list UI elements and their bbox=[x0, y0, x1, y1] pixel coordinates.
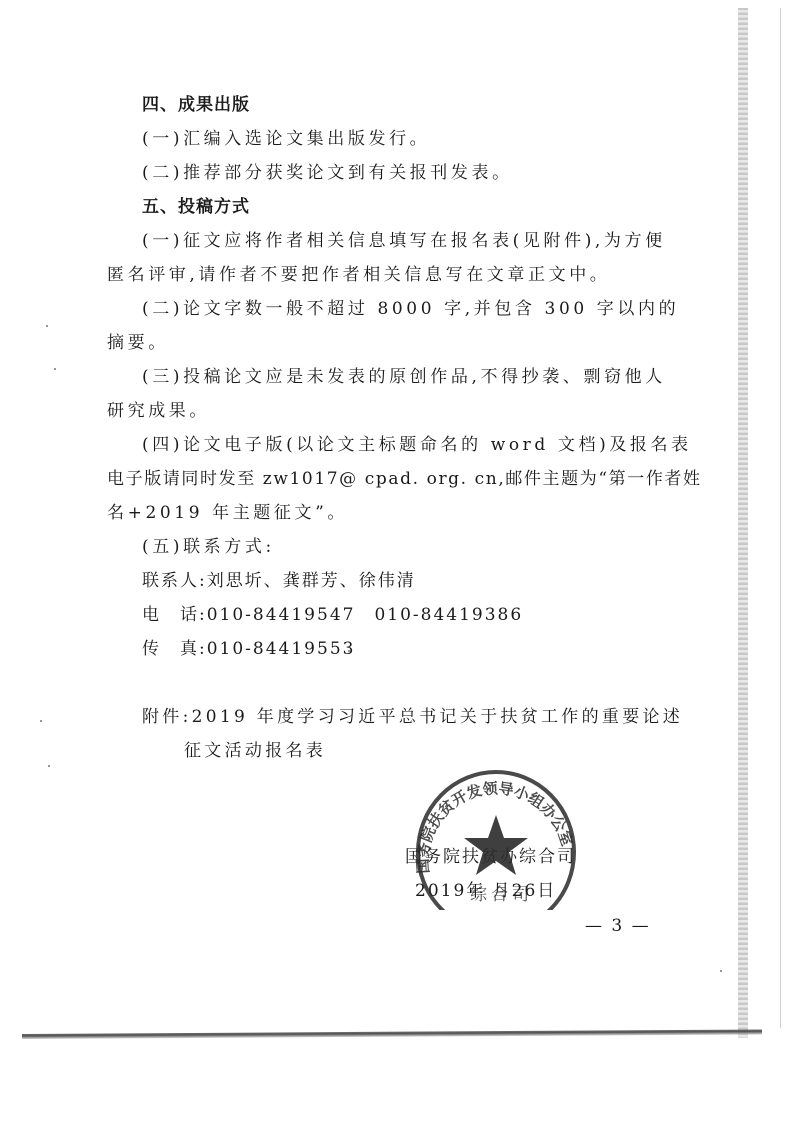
para-5-line-1: (五)联系方式: bbox=[107, 530, 647, 564]
scan-speck bbox=[348, 650, 350, 652]
para-1-line-1: (一)征文应将作者相关信息填写在报名表(见附件),为方便 bbox=[107, 224, 647, 258]
body-text: 四、成果出版 (一)汇编入选论文集出版发行。 (二)推荐部分获奖论文到有关报刊发… bbox=[107, 88, 647, 666]
scan-speck bbox=[48, 765, 50, 767]
scan-speck bbox=[54, 368, 56, 370]
para-3-line-2: 研究成果。 bbox=[107, 394, 647, 428]
section-4-item-2: (二)推荐部分获奖论文到有关报刊发表。 bbox=[107, 156, 647, 190]
attachment-note: 附件:2019 年度学习习近平总书记关于扶贫工作的重要论述 征文活动报名表 bbox=[142, 700, 683, 768]
contact-phone: 电 话:010-84419547 010-84419386 bbox=[107, 598, 647, 632]
scan-speck bbox=[46, 325, 48, 327]
scan-speck bbox=[720, 970, 722, 972]
para-4-line-1: (四)论文电子版(以论文主标题命名的 word 文档)及报名表 bbox=[107, 428, 647, 462]
scan-edge-line bbox=[780, 8, 781, 1028]
section-heading-5: 五、投稿方式 bbox=[107, 190, 647, 224]
para-4-line-2: 电子版请同时发至 zw1017@ cpad. org. cn,邮件主题为“第一作… bbox=[107, 462, 647, 496]
para-3-line-1: (三)投稿论文应是未发表的原创作品,不得抄袭、剽窃他人 bbox=[107, 360, 647, 394]
section-heading-4: 四、成果出版 bbox=[107, 88, 647, 122]
para-2-line-2: 摘要。 bbox=[107, 326, 647, 360]
attachment-line-1: 附件:2019 年度学习习近平总书记关于扶贫工作的重要论述 bbox=[142, 700, 683, 734]
scan-speck bbox=[40, 720, 42, 722]
scanned-document-page: 四、成果出版 (一)汇编入选论文集出版发行。 (二)推荐部分获奖论文到有关报刊发… bbox=[0, 0, 793, 1122]
official-seal-icon: 国务院扶贫开发领导小组办公室 综合司 bbox=[400, 760, 590, 910]
contact-fax: 传 真:010-84419553 bbox=[107, 632, 647, 666]
page-number: — 3 — bbox=[585, 916, 651, 936]
para-2-line-1: (二)论文字数一般不超过 8000 字,并包含 300 字以内的 bbox=[107, 292, 647, 326]
scan-edge-right bbox=[738, 8, 748, 1038]
contact-people: 联系人:刘思圻、龚群芳、徐伟清 bbox=[107, 564, 647, 598]
seal-bottom-text: 综合司 bbox=[470, 885, 533, 905]
para-1-line-2: 匿名评审,请作者不要把作者相关信息写在文章正文中。 bbox=[107, 258, 647, 292]
scan-edge-bottom bbox=[22, 1029, 762, 1039]
para-4-line-3: 名+2019 年主题征文”。 bbox=[107, 496, 647, 530]
section-4-item-1: (一)汇编入选论文集出版发行。 bbox=[107, 122, 647, 156]
